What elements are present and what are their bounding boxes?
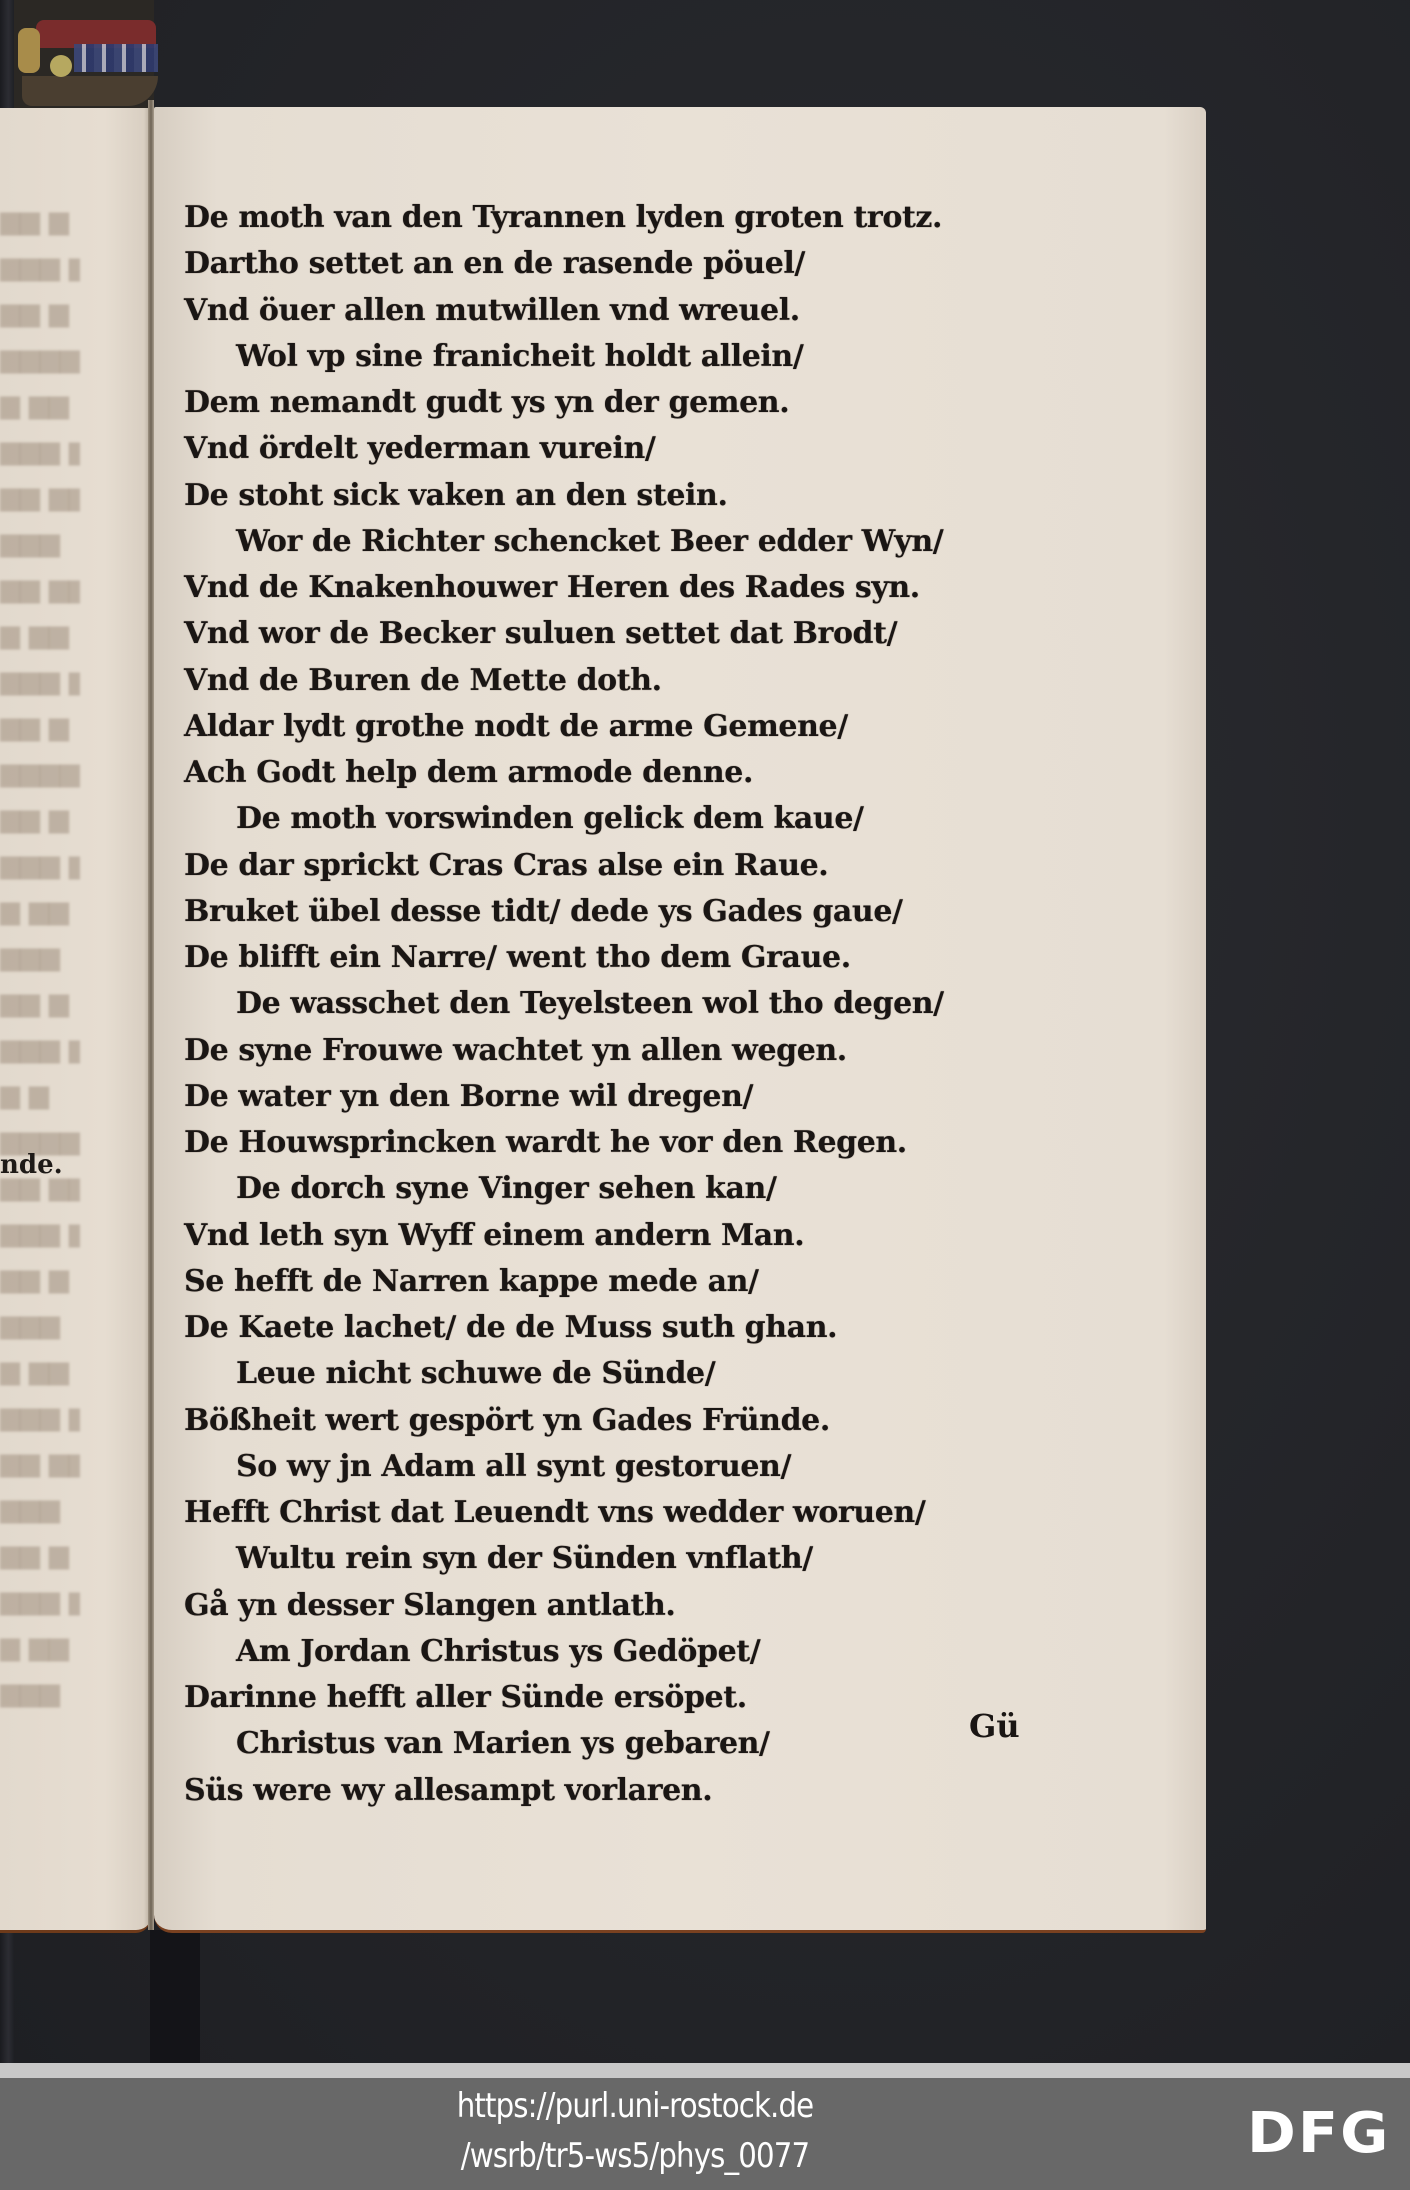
dfg-logo-icon: DFG <box>1247 2108 1400 2160</box>
text-line: Christus van Marien ys gebaren/ <box>184 1721 1184 1767</box>
text-line: De water yn den Borne wil dregen/ <box>184 1074 1184 1120</box>
headband-yellow-knot <box>50 55 72 77</box>
text-line: Wol vp sine franicheit holdt allein/ <box>184 334 1184 380</box>
footer-bar: https://purl.uni-rostock.de /wsrb/tr5-ws… <box>0 2078 1410 2190</box>
headband-yellow-thread <box>18 28 40 73</box>
book-headband <box>14 0 154 108</box>
signature-mark: Gü <box>969 1707 1020 1745</box>
text-line: Dem nemandt gudt ys yn der gemen. <box>184 380 1184 426</box>
text-line: De wasschet den Teyelsteen wol tho degen… <box>184 981 1184 1027</box>
left-page-bleedthrough: ▆▆ ▆▆▆▆ ▆▆▆▆ ▆▆▆▆▆▆ ▆▆▆▆▆ ▆▆▆ ▆▆▆▆▆▆▆ ▆▆… <box>0 198 80 1716</box>
text-line: Dartho settet an en de rasende pöuel/ <box>184 241 1184 287</box>
text-line: Darinne hefft aller Sünde ersöpet. <box>184 1675 1184 1721</box>
text-line: Vnd öuer allen mutwillen vnd wreuel. <box>184 288 1184 334</box>
permalink-line-1[interactable]: https://purl.uni-rostock.de <box>89 2086 1181 2126</box>
text-line: Bruket übel desse tidt/ dede ys Gades ga… <box>184 889 1184 935</box>
permalink-line-2[interactable]: /wsrb/tr5-ws5/phys_0077 <box>89 2136 1181 2176</box>
text-line: Wor de Richter schencket Beer edder Wyn/ <box>184 519 1184 565</box>
text-line: Leue nicht schuwe de Sünde/ <box>184 1351 1184 1397</box>
gutter-shadow <box>150 1930 200 2063</box>
text-line: Aldar lydt grothe nodt de arme Gemene/ <box>184 704 1184 750</box>
text-line: Gå yn desser Slangen antlath. <box>184 1583 1184 1629</box>
text-line: De blifft ein Narre/ went tho dem Graue. <box>184 935 1184 981</box>
text-line: De moth vorswinden gelick dem kaue/ <box>184 796 1184 842</box>
text-line: De moth van den Tyrannen lyden groten tr… <box>184 195 1184 241</box>
headband-blue-thread <box>74 44 158 72</box>
text-line: Vnd de Buren de Mette doth. <box>184 658 1184 704</box>
text-line: De stoht sick vaken an den stein. <box>184 473 1184 519</box>
right-page: De moth van den Tyrannen lyden groten tr… <box>154 107 1206 1933</box>
text-line: Vnd de Knakenhouwer Heren des Rades syn. <box>184 565 1184 611</box>
headband-base <box>22 76 158 106</box>
text-line: Vnd leth syn Wyff einem andern Man. <box>184 1213 1184 1259</box>
text-line: Wultu rein syn der Sünden vnflath/ <box>184 1536 1184 1582</box>
footer-divider <box>0 2063 1410 2078</box>
text-line: De syne Frouwe wachtet yn allen wegen. <box>184 1028 1184 1074</box>
left-page: ▆▆ ▆▆▆▆ ▆▆▆▆ ▆▆▆▆▆▆ ▆▆▆▆▆ ▆▆▆ ▆▆▆▆▆▆▆ ▆▆… <box>0 108 150 1933</box>
text-line: De Houwsprincken wardt he vor den Regen. <box>184 1120 1184 1166</box>
text-line: Vnd ördelt yederman vurein/ <box>184 426 1184 472</box>
text-line: Hefft Christ dat Leuendt vns wedder woru… <box>184 1490 1184 1536</box>
text-line: So wy jn Adam all synt gestoruen/ <box>184 1444 1184 1490</box>
text-line: Bößheit wert gespört yn Gades Fründe. <box>184 1398 1184 1444</box>
text-line: Süs were wy allesampt vorlaren. <box>184 1768 1184 1814</box>
text-line: Am Jordan Christus ys Gedöpet/ <box>184 1629 1184 1675</box>
poem-text-block: De moth van den Tyrannen lyden groten tr… <box>184 195 1184 1814</box>
text-line: Ach Godt help dem armode denne. <box>184 750 1184 796</box>
text-line: De dar sprickt Cras Cras alse ein Raue. <box>184 843 1184 889</box>
left-page-text-fragment: nde. <box>0 1150 63 1180</box>
text-line: Vnd wor de Becker suluen settet dat Brod… <box>184 611 1184 657</box>
text-line: Se hefft de Narren kappe mede an/ <box>184 1259 1184 1305</box>
text-line: De dorch syne Vinger sehen kan/ <box>184 1166 1184 1212</box>
text-line: De Kaete lachet/ de de Muss suth ghan. <box>184 1305 1184 1351</box>
